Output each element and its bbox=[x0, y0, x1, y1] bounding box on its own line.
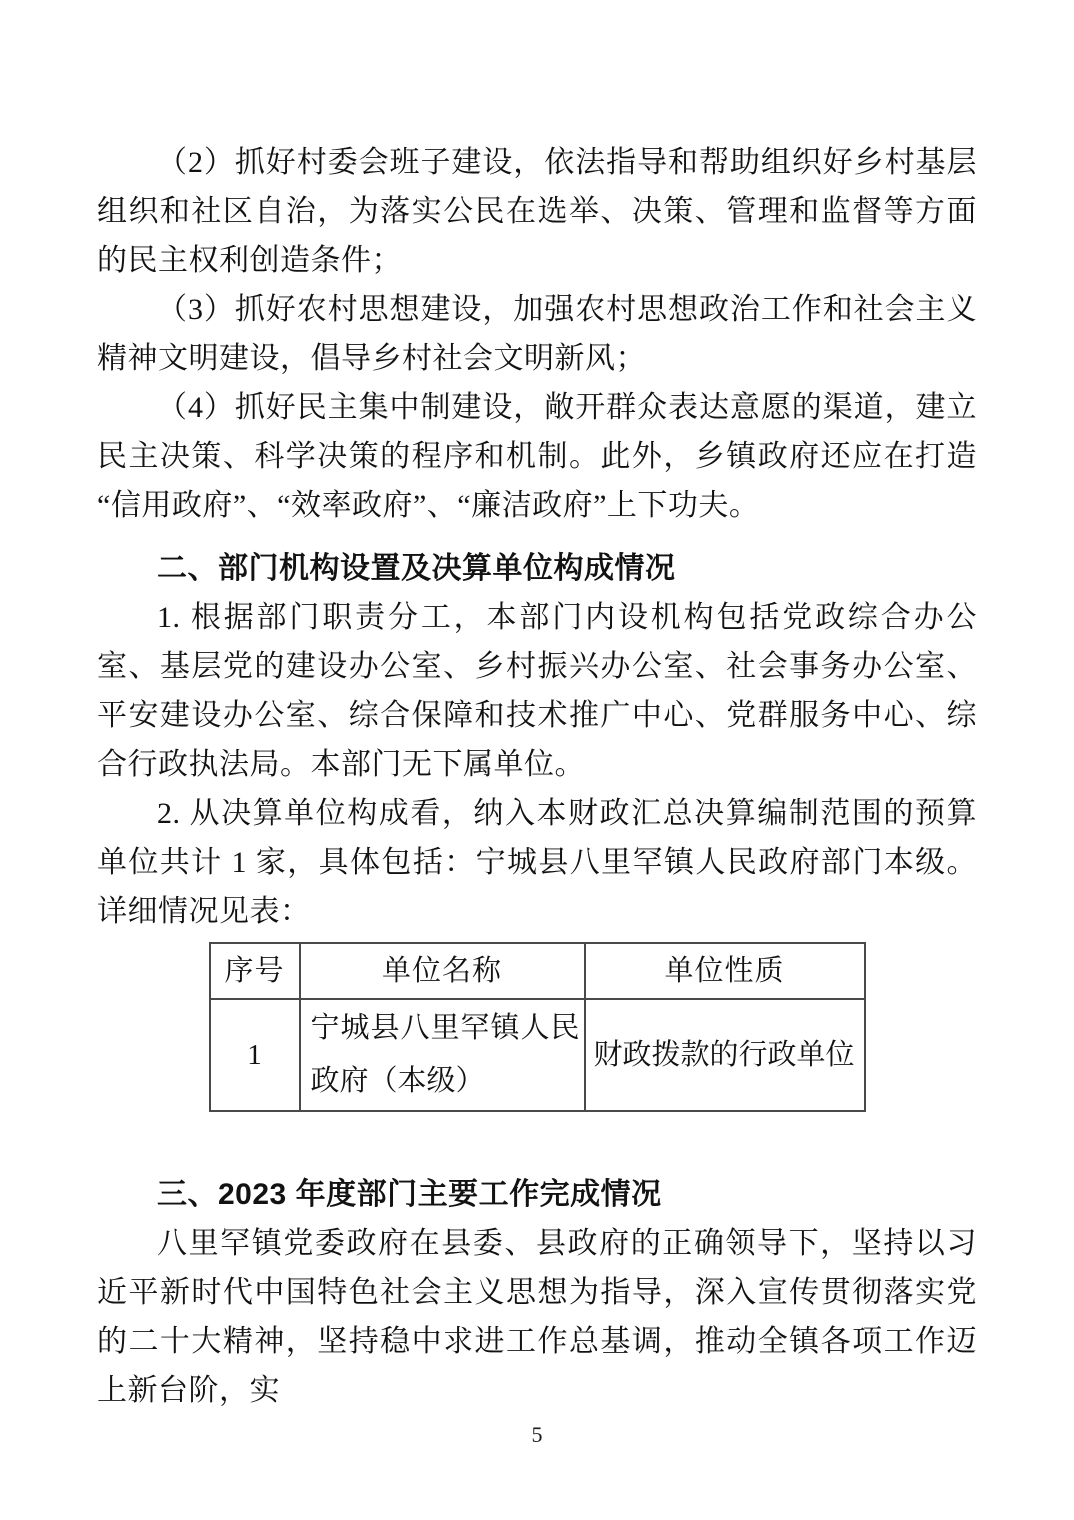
paragraph-duty-item-3: （3）抓好农村思想建设，加强农村思想政治工作和社会主义精神文明建设，倡导乡村社会… bbox=[97, 285, 977, 383]
paragraph-work-intro: 八里罕镇党委政府在县委、县政府的正确领导下，坚持以习近平新时代中国特色社会主义思… bbox=[97, 1219, 977, 1415]
table-row: 1 宁城县八里罕镇人民政府（本级） 财政拨款的行政单位 bbox=[210, 999, 865, 1111]
table-header-unit-type: 单位性质 bbox=[585, 943, 865, 999]
table-cell-seq: 1 bbox=[210, 999, 300, 1111]
table-cell-unit-name: 宁城县八里罕镇人民政府（本级） bbox=[300, 999, 585, 1111]
paragraph-org-setup-2: 2. 从决算单位构成看，纳入本财政汇总决算编制范围的预算单位共计 1 家，具体包… bbox=[97, 789, 977, 936]
paragraph-duty-item-2: （2）抓好村委会班子建设，依法指导和帮助组织好乡村基层组织和社区自治，为落实公民… bbox=[97, 138, 977, 285]
paragraph-org-setup-1: 1. 根据部门职责分工，本部门内设机构包括党政综合办公室、基层党的建设办公室、乡… bbox=[97, 593, 977, 789]
table-header-seq: 序号 bbox=[210, 943, 300, 999]
paragraph-duty-item-4: （4）抓好民主集中制建设，敞开群众表达意愿的渠道，建立民主决策、科学决策的程序和… bbox=[97, 383, 977, 530]
document-page: （2）抓好村委会班子建设，依法指导和帮助组织好乡村基层组织和社区自治，为落实公民… bbox=[0, 0, 1074, 1520]
table-header-row: 序号 单位名称 单位性质 bbox=[210, 943, 865, 999]
budget-units-table: 序号 单位名称 单位性质 1 宁城县八里罕镇人民政府（本级） 财政拨款的行政单位 bbox=[209, 942, 866, 1112]
section-heading-work-completion: 三、2023 年度部门主要工作完成情况 bbox=[97, 1170, 977, 1219]
page-number: 5 bbox=[0, 1422, 1074, 1448]
table-cell-unit-type: 财政拨款的行政单位 bbox=[585, 999, 865, 1111]
table-header-unit-name: 单位名称 bbox=[300, 943, 585, 999]
section-heading-org-setup: 二、部门机构设置及决算单位构成情况 bbox=[97, 544, 977, 593]
